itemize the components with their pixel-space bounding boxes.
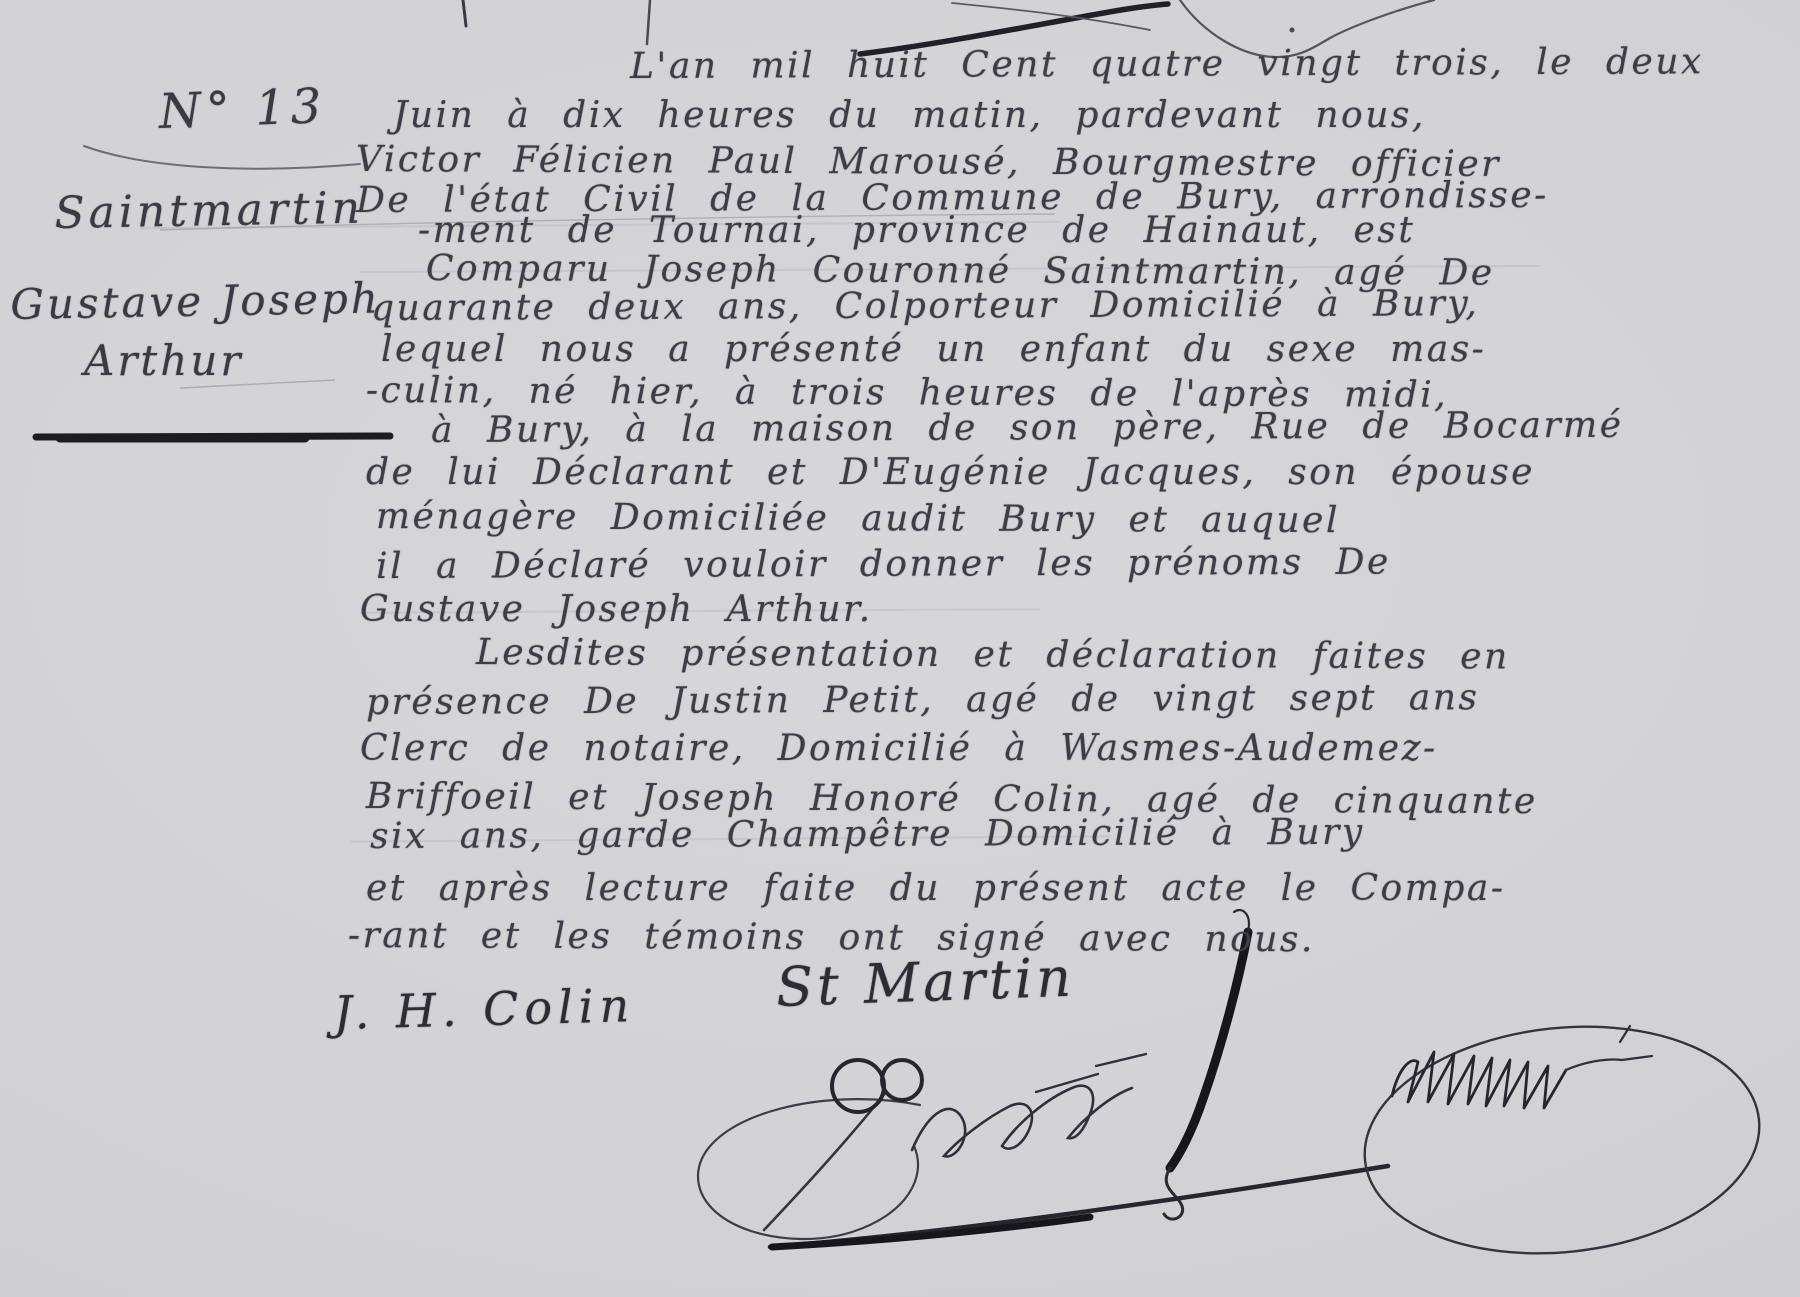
body-line: à Bury, à la maison de son père, Rue de … <box>431 405 1624 451</box>
margin-name-surname: Saintmartin <box>54 183 364 239</box>
signature-petit-stem <box>764 1092 886 1230</box>
body-line: Clerc de notaire, Domicilié à Wasmes-Aud… <box>360 728 1438 769</box>
signature-stmartin: St Martin <box>775 946 1076 1019</box>
ink-dot <box>1290 28 1295 33</box>
act-number: N° 13 <box>158 78 327 140</box>
body-line: il a Déclaré vouloir donner les prénoms … <box>376 542 1391 587</box>
signature-petit-tbar <box>1036 1054 1146 1092</box>
body-line: de lui Déclarant et D'Eugénie Jacques, s… <box>366 452 1535 493</box>
signature-underline-sweep-thick <box>772 1217 1090 1247</box>
register-page: N° 13 Saintmartin Gustave Joseph Arthur … <box>0 0 1800 1297</box>
signature-petit-heavy-stroke <box>1170 932 1248 1168</box>
body-line: présence De Justin Petit, agé de vingt s… <box>366 677 1480 723</box>
top-flourish-return <box>952 3 1150 30</box>
body-line: L'an mil huit Cent quatre vingt trois, l… <box>630 41 1704 87</box>
margin-underline-curve <box>84 146 360 169</box>
body-line: Lesdites présentation et déclaration fai… <box>476 632 1510 678</box>
signature-petit-head-loop <box>882 1060 922 1100</box>
signature-underline-sweep <box>770 1166 1388 1247</box>
body-line: Gustave Joseph Arthur. <box>360 589 873 630</box>
body-line: et après lecture faite du présent acte l… <box>366 868 1506 909</box>
stray-descender-stroke <box>647 0 650 44</box>
margin-name-given2: Arthur <box>84 336 243 385</box>
body-line: Juin à dix heures du matin, pardevant no… <box>393 95 1426 136</box>
body-line: -ment de Tournai, province de Hainaut, e… <box>418 210 1415 251</box>
body-line: ménagère Domiciliée audit Bury et auquel <box>376 496 1340 541</box>
margin-name-given: Gustave Joseph <box>10 274 381 329</box>
signature-marouse-scrawl <box>1392 1052 1566 1108</box>
signature-petit-letters <box>912 1086 1132 1157</box>
body-line: six ans, garde Champêtre Domicilié à Bur… <box>370 812 1365 857</box>
body-line: quarante deux ans, Colporteur Domicilié … <box>371 283 1479 329</box>
body-line: lequel nous a présenté un enfant du sexe… <box>381 329 1486 370</box>
signature-marouse-tail <box>1566 1056 1652 1070</box>
signature-petit-head-loop <box>832 1060 884 1112</box>
signature-colin: J. H. Colin <box>333 978 636 1040</box>
signature-petit-zigzag-tail <box>1164 1168 1183 1219</box>
signature-marouse-oval <box>1353 1008 1770 1272</box>
signature-petit-loop <box>698 1099 920 1239</box>
stray-descender-stroke <box>463 0 466 26</box>
